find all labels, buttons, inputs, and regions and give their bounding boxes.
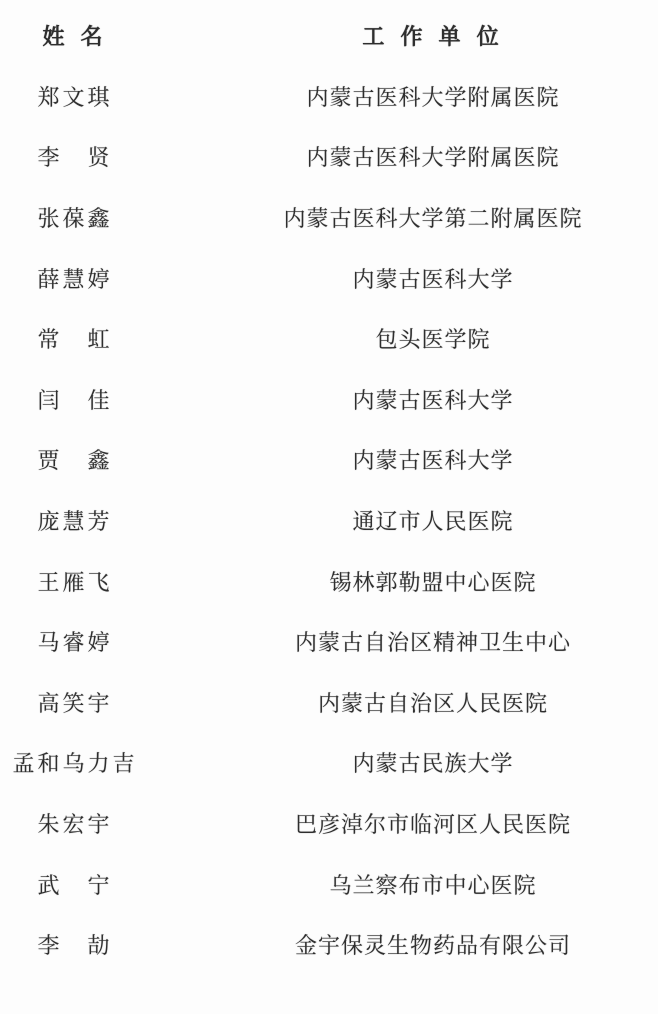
- work-unit: 内蒙古医科大学: [208, 269, 658, 291]
- work-unit: 巴彦淖尔市临河区人民医院: [208, 814, 658, 836]
- work-unit: 内蒙古民族大学: [208, 753, 658, 775]
- work-unit: 内蒙古医科大学: [208, 390, 658, 412]
- person-name: 高笑宇: [0, 693, 150, 715]
- person-name: 常 虹: [0, 329, 150, 351]
- table-row: 王雁飞 锡林郭勒盟中心医院: [0, 552, 658, 613]
- table-row: 高笑宇 内蒙古自治区人民医院: [0, 674, 658, 735]
- table-row: 贾 鑫 内蒙古医科大学: [0, 431, 658, 492]
- work-unit: 金宇保灵生物药品有限公司: [208, 935, 658, 957]
- person-name: 孟和乌力吉: [0, 753, 150, 775]
- work-unit: 乌兰察布市中心医院: [208, 875, 658, 897]
- table-row: 朱宏宇 巴彦淖尔市临河区人民医院: [0, 795, 658, 856]
- column-header-name: 姓 名: [0, 26, 150, 48]
- person-name: 闫 佳: [0, 390, 150, 412]
- work-unit: 内蒙古医科大学附属医院: [208, 87, 658, 109]
- table-row: 郑文琪 内蒙古医科大学附属医院: [0, 68, 658, 129]
- table-row: 薛慧婷 内蒙古医科大学: [0, 249, 658, 310]
- person-name: 李 劼: [0, 935, 150, 957]
- person-name: 马睿婷: [0, 632, 150, 654]
- table-row: 闫 佳 内蒙古医科大学: [0, 371, 658, 432]
- person-name: 王雁飞: [0, 572, 150, 594]
- table-body: 郑文琪 内蒙古医科大学附属医院 李 贤 内蒙古医科大学附属医院 张葆鑫 内蒙古医…: [0, 68, 658, 977]
- table-row: 常 虹 包头医学院: [0, 310, 658, 371]
- person-name: 郑文琪: [0, 87, 150, 109]
- work-unit: 内蒙古医科大学第二附属医院: [208, 208, 658, 230]
- table-row: 武 宁 乌兰察布市中心医院: [0, 855, 658, 916]
- work-unit: 内蒙古自治区人民医院: [208, 693, 658, 715]
- person-name: 张葆鑫: [0, 208, 150, 230]
- table-row: 马睿婷 内蒙古自治区精神卫生中心: [0, 613, 658, 674]
- table-row: 李 劼 金宇保灵生物药品有限公司: [0, 916, 658, 977]
- work-unit: 包头医学院: [208, 329, 658, 351]
- person-name: 武 宁: [0, 875, 150, 897]
- person-name: 薛慧婷: [0, 269, 150, 291]
- table-row: 庞慧芳 通辽市人民医院: [0, 492, 658, 553]
- person-name: 庞慧芳: [0, 511, 150, 533]
- table-row: 李 贤 内蒙古医科大学附属医院: [0, 128, 658, 189]
- table-row: 孟和乌力吉 内蒙古民族大学: [0, 734, 658, 795]
- document-page: 姓 名 工 作 单 位 郑文琪 内蒙古医科大学附属医院 李 贤 内蒙古医科大学附…: [0, 0, 658, 1014]
- work-unit: 锡林郭勒盟中心医院: [208, 572, 658, 594]
- work-unit: 内蒙古医科大学: [208, 450, 658, 472]
- column-header-unit: 工 作 单 位: [208, 26, 658, 48]
- work-unit: 内蒙古自治区精神卫生中心: [208, 632, 658, 654]
- person-name: 贾 鑫: [0, 450, 150, 472]
- work-unit: 内蒙古医科大学附属医院: [208, 147, 658, 169]
- work-unit: 通辽市人民医院: [208, 511, 658, 533]
- table-row: 张葆鑫 内蒙古医科大学第二附属医院: [0, 189, 658, 250]
- person-name: 朱宏宇: [0, 814, 150, 836]
- person-name: 李 贤: [0, 147, 150, 169]
- table-header: 姓 名 工 作 单 位: [0, 7, 658, 68]
